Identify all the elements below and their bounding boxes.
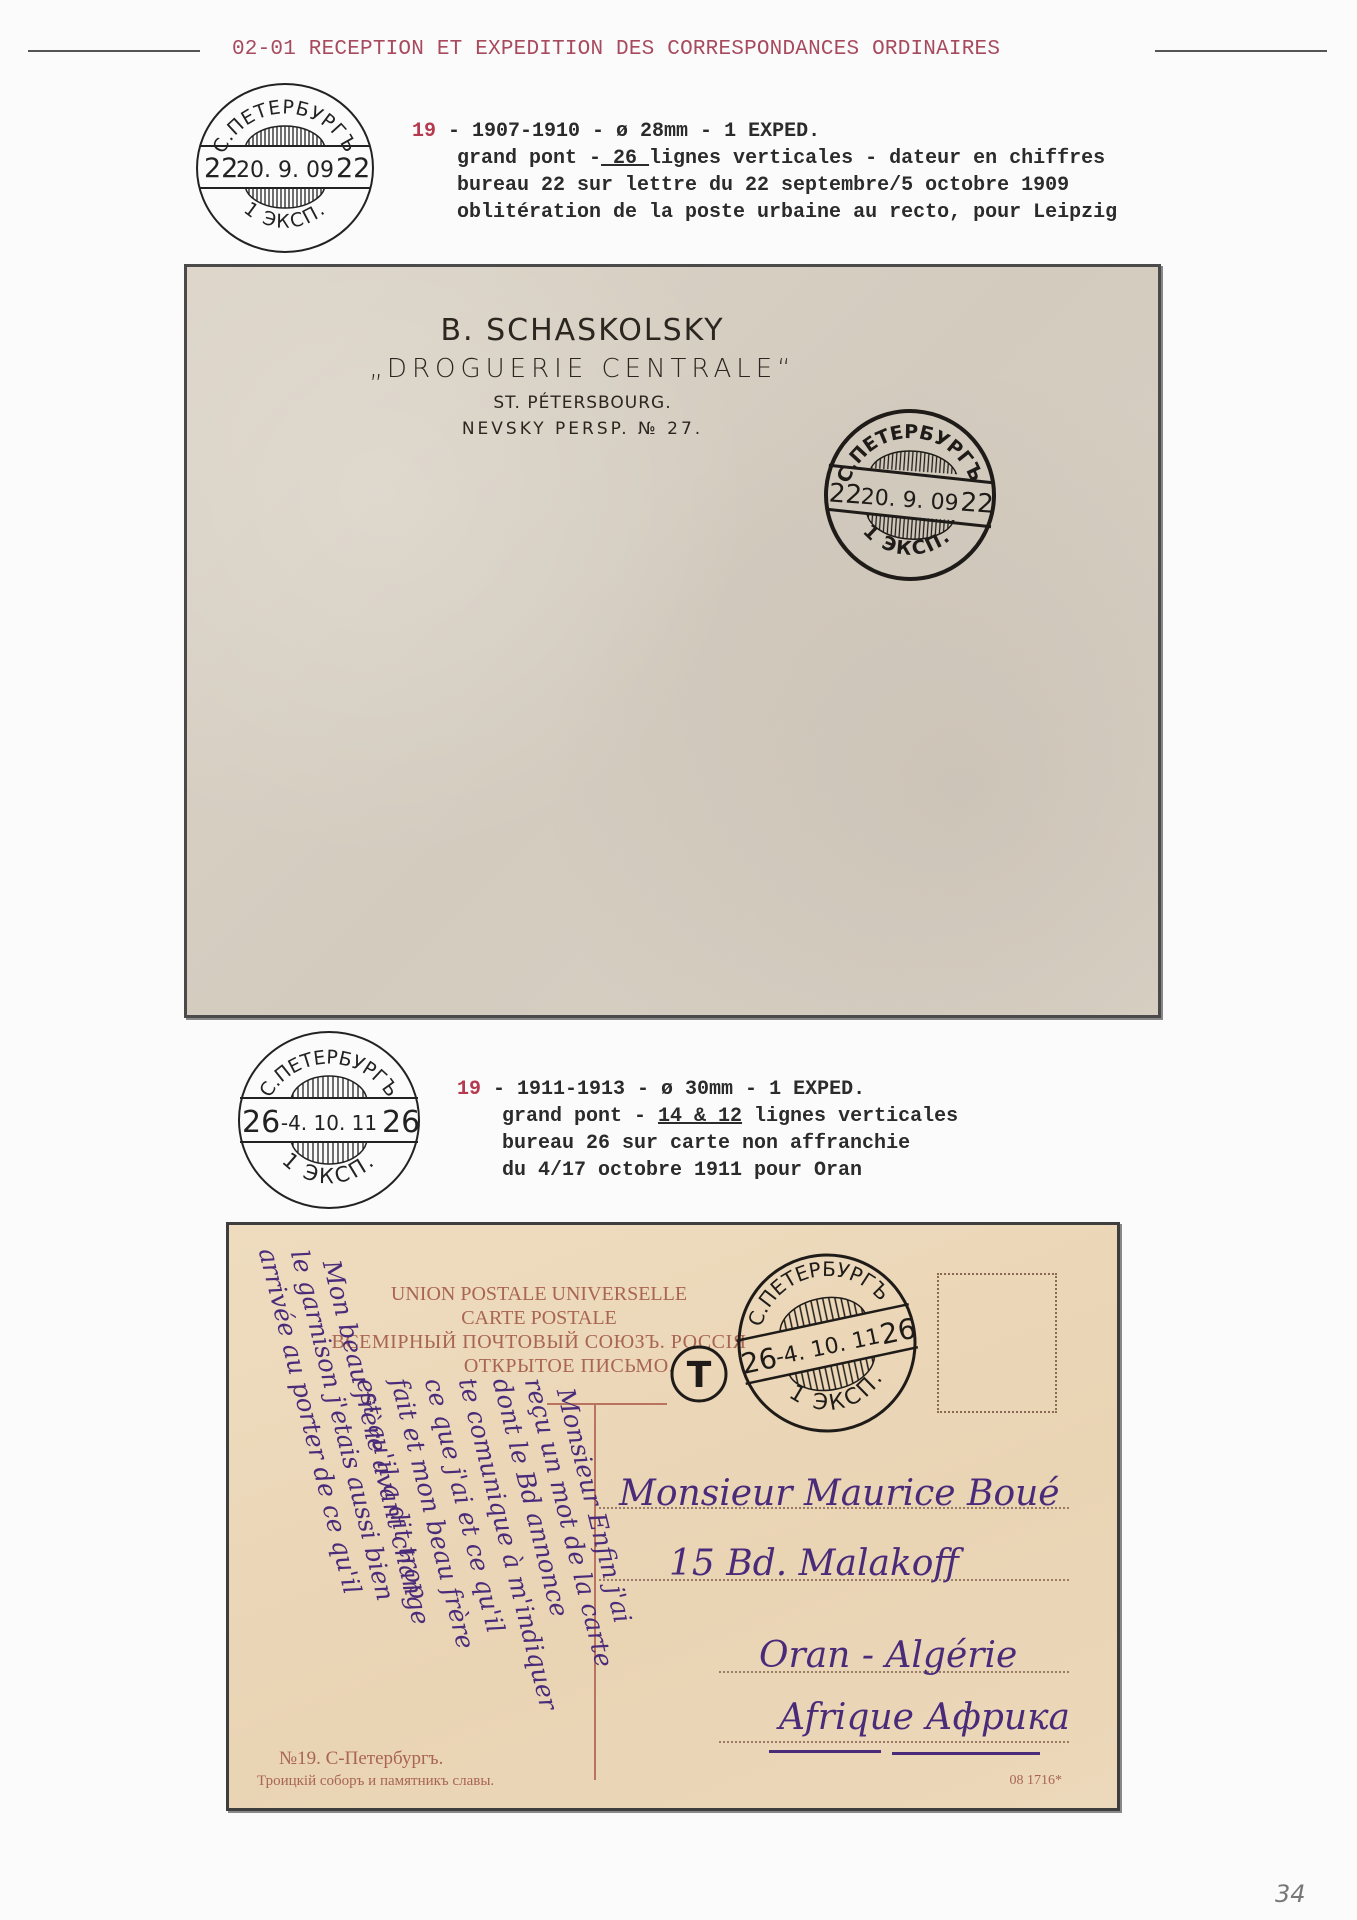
- tax-mark-t-stamp: T: [669, 1343, 729, 1405]
- entry-number: 19: [457, 1078, 481, 1101]
- postcard-caption-subtitle: Троицкiй соборъ и памятникъ славы.: [257, 1773, 494, 1790]
- cancel-right-num: 26: [877, 1312, 919, 1352]
- envelope-cancel-postmark: С.ПЕТЕРБУРГЪ 22 20. 9. 09 22 1 ЭКСП.: [811, 401, 1009, 590]
- recipient-street: 15 Bd. Malakoff: [669, 1543, 959, 1584]
- header-rule-right: [1155, 50, 1327, 52]
- entry-number: 19: [412, 120, 436, 143]
- entry-title: - 1911-1913 - ø 30mm - 1 EXPED.: [481, 1078, 865, 1101]
- page-title: 02-01 RECEPTION ET EXPEDITION DES CORRES…: [232, 38, 1132, 61]
- postmark-left-num: 22: [204, 153, 238, 184]
- envelope-cover: B. SCHASKOLSKY „DROGUERIE CENTRALE“ ST. …: [184, 264, 1161, 1018]
- entry-line4: oblitération de la poste urbaine au rect…: [412, 199, 1117, 226]
- entry-line-count: 14 & 12: [658, 1105, 742, 1128]
- entry-line2-post: lignes verticales: [742, 1105, 958, 1128]
- recipient-country: Afrique Африка: [779, 1697, 1070, 1738]
- entry-description-2: 19 - 1911-1913 - ø 30mm - 1 EXPED. grand…: [457, 1076, 958, 1184]
- entry-line2-pre: grand pont -: [502, 1105, 658, 1128]
- entry-title: - 1907-1910 - ø 28mm - 1 EXPED.: [436, 120, 820, 143]
- entry-line2-post: lignes verticales - dateur en chiffres: [649, 147, 1105, 170]
- recipient-city: Oran - Algérie: [759, 1635, 1017, 1676]
- postcard-caption-title: №19. С-Петербургъ.: [279, 1748, 443, 1770]
- postcard: UNION POSTALE UNIVERSELLE CARTE POSTALE …: [226, 1222, 1120, 1811]
- cancel-date: 20. 9. 09: [860, 485, 959, 517]
- entry-line3: bureau 26 sur carte non affranchie: [457, 1130, 958, 1157]
- postmark-illustration-1: С.ПЕТЕРБУРГЪ 22 20. 9. 09 22 1 ЭКСП.: [192, 80, 378, 256]
- postcard-cancel-postmark: С.ПЕТЕРБУРГЪ 26 -4. 10. 11 26 1 ЭКСП.: [712, 1232, 942, 1455]
- cancel-right-num: 22: [960, 488, 995, 520]
- tax-mark-letter: T: [687, 1355, 712, 1396]
- entry-line3: bureau 22 sur lettre du 22 septembre/5 o…: [412, 172, 1117, 199]
- address-line: [719, 1741, 1069, 1743]
- entry-line2-pre: grand pont -: [457, 147, 601, 170]
- postmark-date: 20. 9. 09: [236, 158, 334, 183]
- handwritten-underline: [769, 1750, 881, 1753]
- postmark-left-num: 26: [242, 1105, 280, 1140]
- handwritten-underline: [892, 1752, 1040, 1755]
- postcard-print-code: 08 1716*: [1010, 1773, 1063, 1789]
- postmark-right-num: 26: [382, 1105, 420, 1140]
- postmark-date: -4. 10. 11: [281, 1111, 377, 1135]
- postmark-right-num: 22: [336, 153, 370, 184]
- page-number: 34: [1275, 1880, 1306, 1908]
- entry-line4: du 4/17 octobre 1911 pour Oran: [457, 1157, 958, 1184]
- recipient-name: Monsieur Maurice Boué: [619, 1473, 1060, 1514]
- cancel-left-num: 22: [828, 478, 863, 510]
- entry-description-1: 19 - 1907-1910 - ø 28mm - 1 EXPED. grand…: [412, 118, 1117, 226]
- sender-name: B. SCHASKOLSKY: [184, 313, 1068, 348]
- stamp-placeholder-box: [937, 1273, 1057, 1413]
- header-rule-left: [28, 50, 200, 52]
- entry-line-count: 26: [601, 147, 649, 170]
- sender-company: „DROGUERIE CENTRALE“: [184, 354, 1068, 384]
- postmark-illustration-2: С.ПЕТЕРБУРГЪ 26 -4. 10. 11 26 1 ЭКСП.: [232, 1028, 426, 1212]
